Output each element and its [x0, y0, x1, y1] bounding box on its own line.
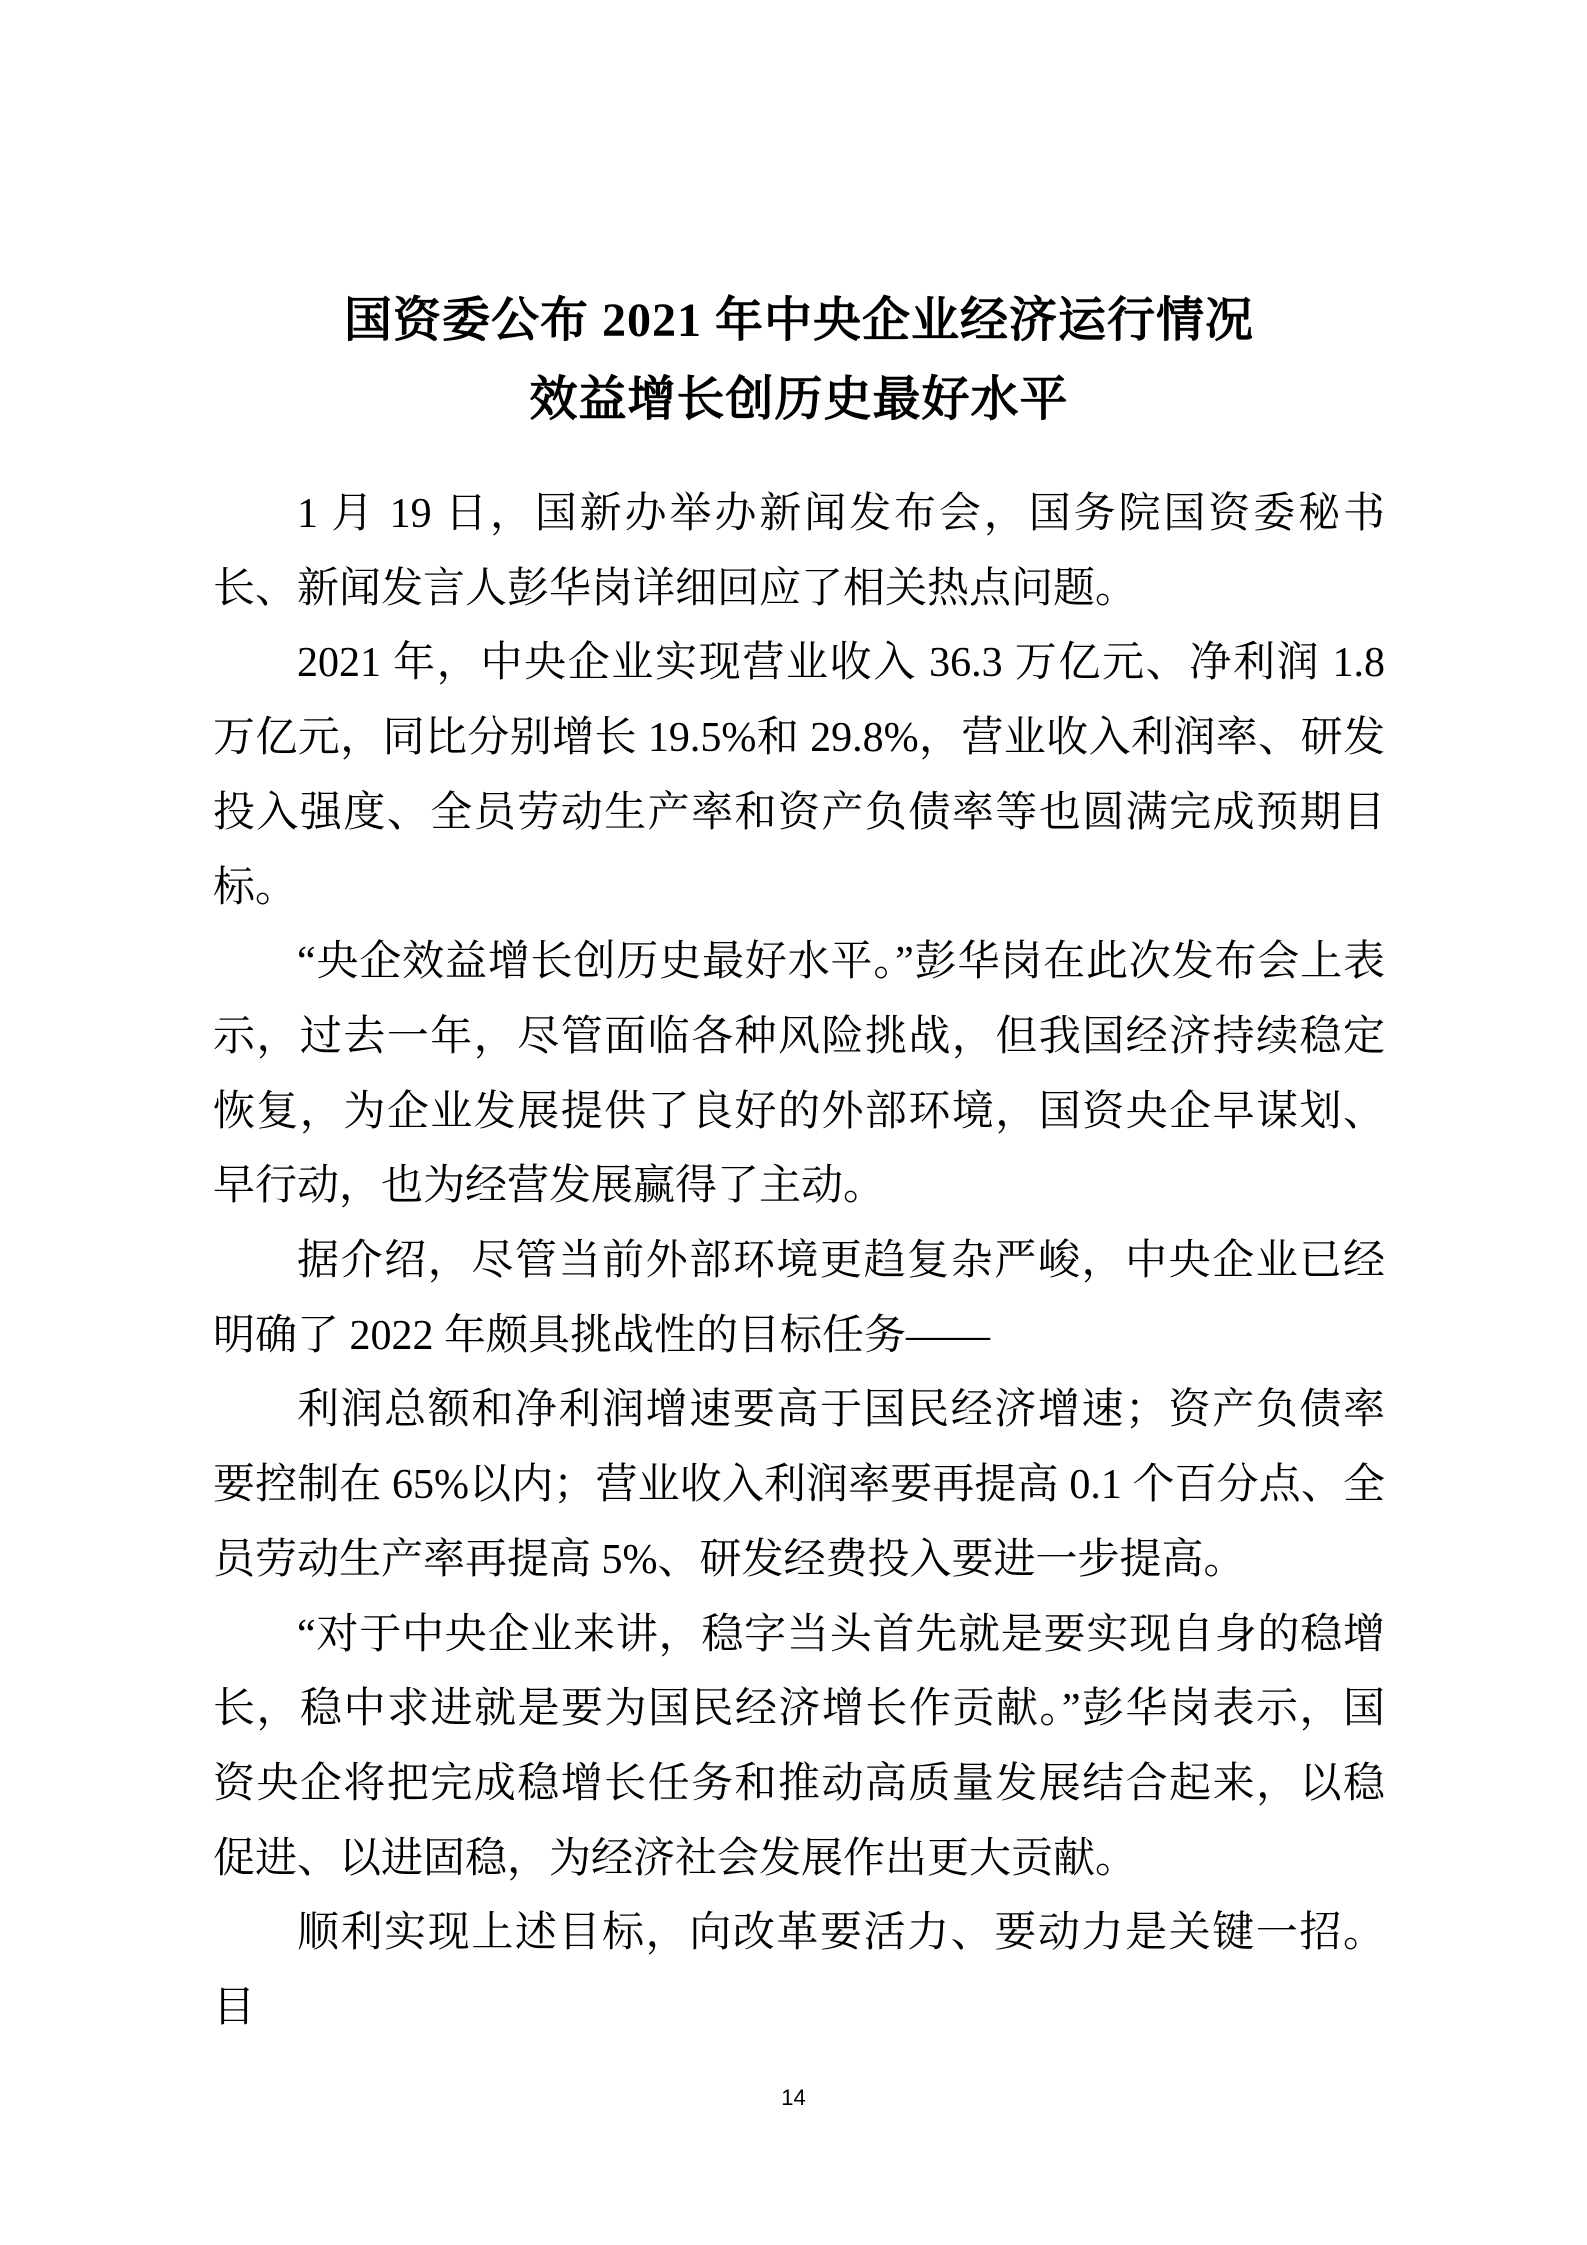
paragraph-3: “央企效益增长创历史最好水平。”彭华岗在此次发布会上表示，过去一年，尽管面临各种… — [213, 925, 1385, 1224]
paragraph-5: 利润总额和净利润增速要高于国民经济增速；资产负债率要控制在 65%以内；营业收入… — [213, 1373, 1385, 1597]
paragraph-1: 1 月 19 日，国新办举办新闻发布会，国务院国资委秘书长、新闻发言人彭华岗详细… — [213, 477, 1385, 626]
paragraph-2: 2021 年，中央企业实现营业收入 36.3 万亿元、净利润 1.8 万亿元，同… — [213, 626, 1385, 925]
paragraph-7: 顺利实现上述目标，向改革要活力、要动力是关键一招。目 — [213, 1896, 1385, 2045]
paragraph-4: 据介绍，尽管当前外部环境更趋复杂严峻，中央企业已经明确了 2022 年颇具挑战性… — [213, 1224, 1385, 1373]
document-title: 国资委公布 2021 年中央企业经济运行情况 效益增长创历史最好水平 — [213, 281, 1385, 439]
page-number: 14 — [0, 2085, 1587, 2111]
title-line-1: 国资委公布 2021 年中央企业经济运行情况 — [213, 281, 1385, 360]
body-paragraphs: 1 月 19 日，国新办举办新闻发布会，国务院国资委秘书长、新闻发言人彭华岗详细… — [213, 477, 1385, 2046]
document-page: 国资委公布 2021 年中央企业经济运行情况 效益增长创历史最好水平 1 月 1… — [0, 0, 1587, 2245]
paragraph-6: “对于中央企业来讲，稳字当头首先就是要实现自身的稳增长，稳中求进就是要为国民经济… — [213, 1598, 1385, 1897]
title-line-2: 效益增长创历史最好水平 — [213, 360, 1385, 439]
